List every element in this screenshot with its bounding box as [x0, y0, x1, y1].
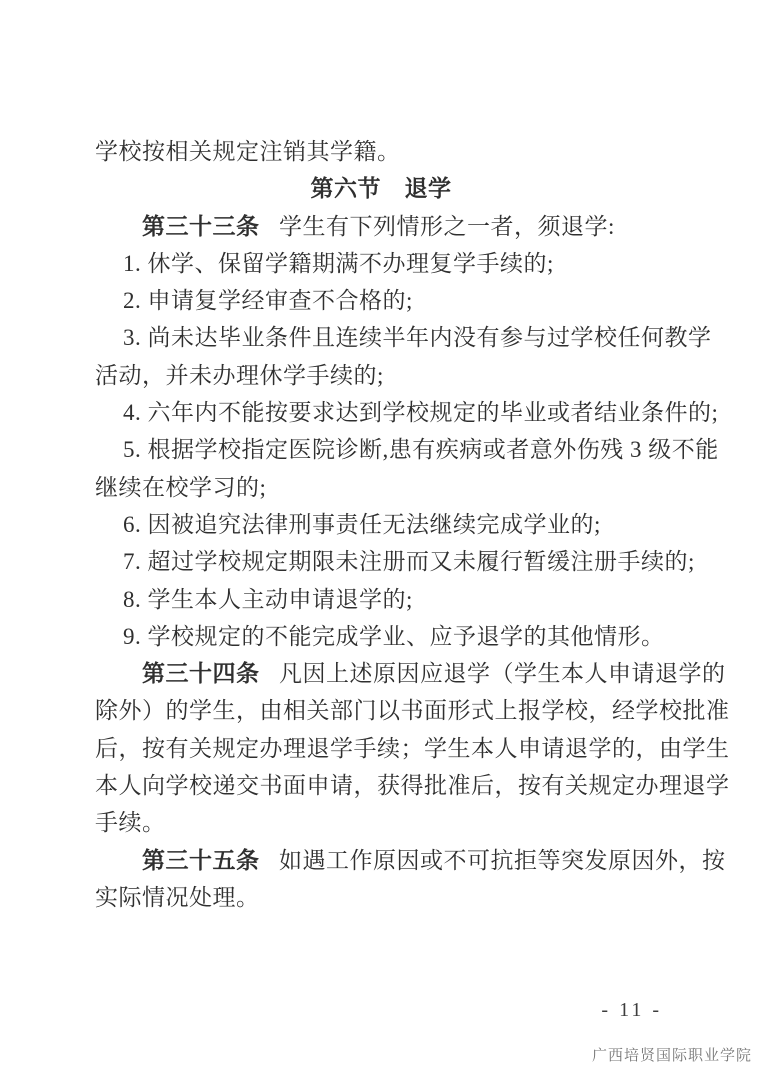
document-line: 7. 超过学校规定期限未注册而又未履行暂缓注册手续的;: [95, 543, 667, 580]
article-number: 第三十五条: [142, 848, 260, 873]
document-line: 4. 六年内不能按要求达到学校规定的毕业或者结业条件的;: [95, 394, 667, 431]
document-line: 本人向学校递交书面申请，获得批准后，按有关规定办理退学: [95, 767, 667, 804]
document-line: 手续。: [95, 804, 667, 841]
document-line: 5. 根据学校指定医院诊断,患有疾病或者意外伤残 3 级不能: [95, 431, 667, 468]
document-line: 第三十五条如遇工作原因或不可抗拒等突发原因外，按: [95, 842, 667, 879]
document-page: 学校按相关规定注销其学籍。第六节 退学第三十三条学生有下列情形之一者，须退学:1…: [0, 0, 764, 1080]
document-line: 除外）的学生，由相关部门以书面形式上报学校，经学校批准: [95, 692, 667, 729]
document-body: 学校按相关规定注销其学籍。第六节 退学第三十三条学生有下列情形之一者，须退学:1…: [95, 133, 667, 916]
page-number: - 11 -: [601, 999, 662, 1022]
article-number: 第三十四条: [142, 661, 260, 686]
document-line: 实际情况处理。: [95, 879, 667, 916]
document-line: 1. 休学、保留学籍期满不办理复学手续的;: [95, 245, 667, 282]
article-text: 学生有下列情形之一者，须退学:: [279, 214, 615, 239]
document-line: 后，按有关规定办理退学手续；学生本人申请退学的，由学生: [95, 730, 667, 767]
document-line: 3. 尚未达毕业条件且连续半年内没有参与过学校任何教学: [95, 319, 667, 356]
document-line: 2. 申请复学经审查不合格的;: [95, 282, 667, 319]
article-text: 如遇工作原因或不可抗拒等突发原因外，按: [279, 848, 726, 873]
watermark: 广西培贤国际职业学院: [592, 1044, 752, 1065]
document-line: 8. 学生本人主动申请退学的;: [95, 581, 667, 618]
document-line: 第三十三条学生有下列情形之一者，须退学:: [95, 208, 667, 245]
document-line: 6. 因被追究法律刑事责任无法继续完成学业的;: [95, 506, 667, 543]
article-text: 凡因上述原因应退学（学生本人申请退学的: [279, 661, 726, 686]
section-heading: 第六节 退学: [95, 170, 667, 207]
document-line: 第三十四条凡因上述原因应退学（学生本人申请退学的: [95, 655, 667, 692]
document-line: 9. 学校规定的不能完成学业、应予退学的其他情形。: [95, 618, 667, 655]
document-line: 学校按相关规定注销其学籍。: [95, 133, 667, 170]
document-line: 活动，并未办理休学手续的;: [95, 357, 667, 394]
article-number: 第三十三条: [142, 214, 260, 239]
document-line: 继续在校学习的;: [95, 469, 667, 506]
